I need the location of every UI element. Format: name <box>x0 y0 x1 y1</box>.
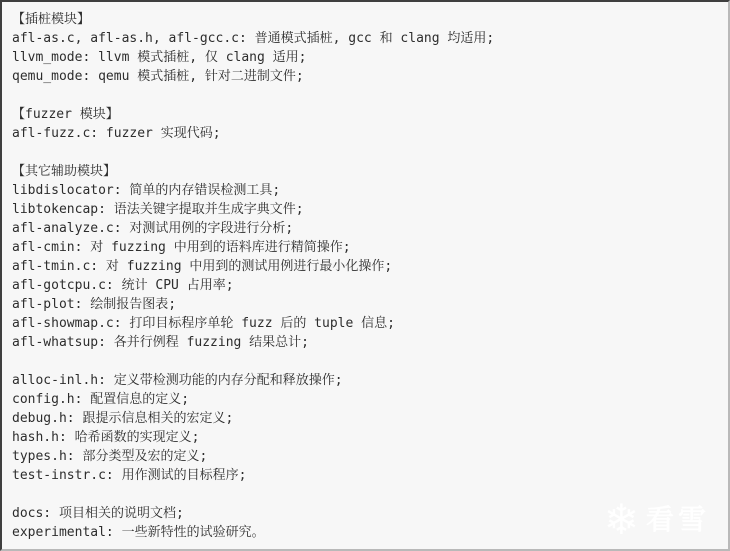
module-entry-line: afl-analyze.c: 对测试用例的字段进行分析; <box>12 219 718 238</box>
module-entry-line: qemu_mode: qemu 模式插桩, 针对二进制文件; <box>12 67 718 86</box>
section-heading: 【fuzzer 模块】 <box>12 105 718 124</box>
module-entry-line: afl-gotcpu.c: 统计 CPU 占用率; <box>12 276 718 295</box>
module-entry-line: hash.h: 哈希函数的实现定义; <box>12 428 718 447</box>
module-entry-line: afl-tmin.c: 对 fuzzing 中用到的测试用例进行最小化操作; <box>12 257 718 276</box>
blank-line <box>12 352 718 371</box>
document-page: 【插桩模块】 afl-as.c, afl-as.h, afl-gcc.c: 普通… <box>0 0 730 551</box>
module-entry-line: afl-showmap.c: 打印目标程序单轮 fuzz 后的 tuple 信息… <box>12 314 718 333</box>
module-notes-text-block: 【插桩模块】 afl-as.c, afl-as.h, afl-gcc.c: 普通… <box>2 2 728 548</box>
section-heading: 【其它辅助模块】 <box>12 162 718 181</box>
module-entry-line: experimental: 一些新特性的试验研究。 <box>12 523 718 542</box>
module-entry-line: debug.h: 跟提示信息相关的宏定义; <box>12 409 718 428</box>
module-entry-line: types.h: 部分类型及宏的定义; <box>12 447 718 466</box>
section-heading: 【插桩模块】 <box>12 10 718 29</box>
module-entry-line: docs: 项目相关的说明文档; <box>12 504 718 523</box>
module-entry-line: afl-plot: 绘制报告图表; <box>12 295 718 314</box>
module-entry-line: test-instr.c: 用作测试的目标程序; <box>12 466 718 485</box>
module-entry-line: alloc-inl.h: 定义带检测功能的内存分配和释放操作; <box>12 371 718 390</box>
blank-line <box>12 143 718 162</box>
module-entry-line: llvm_mode: llvm 模式插桩, 仅 clang 适用; <box>12 48 718 67</box>
module-entry-line: afl-fuzz.c: fuzzer 实现代码; <box>12 124 718 143</box>
blank-line <box>12 86 718 105</box>
module-entry-line: afl-whatsup: 各并行例程 fuzzing 结果总计; <box>12 333 718 352</box>
module-entry-line: libdislocator: 简单的内存错误检测工具; <box>12 181 718 200</box>
blank-line <box>12 485 718 504</box>
module-entry-line: afl-cmin: 对 fuzzing 中用到的语料库进行精简操作; <box>12 238 718 257</box>
module-entry-line: libtokencap: 语法关键字提取并生成字典文件; <box>12 200 718 219</box>
module-entry-line: afl-as.c, afl-as.h, afl-gcc.c: 普通模式插桩, g… <box>12 29 718 48</box>
module-entry-line: config.h: 配置信息的定义; <box>12 390 718 409</box>
